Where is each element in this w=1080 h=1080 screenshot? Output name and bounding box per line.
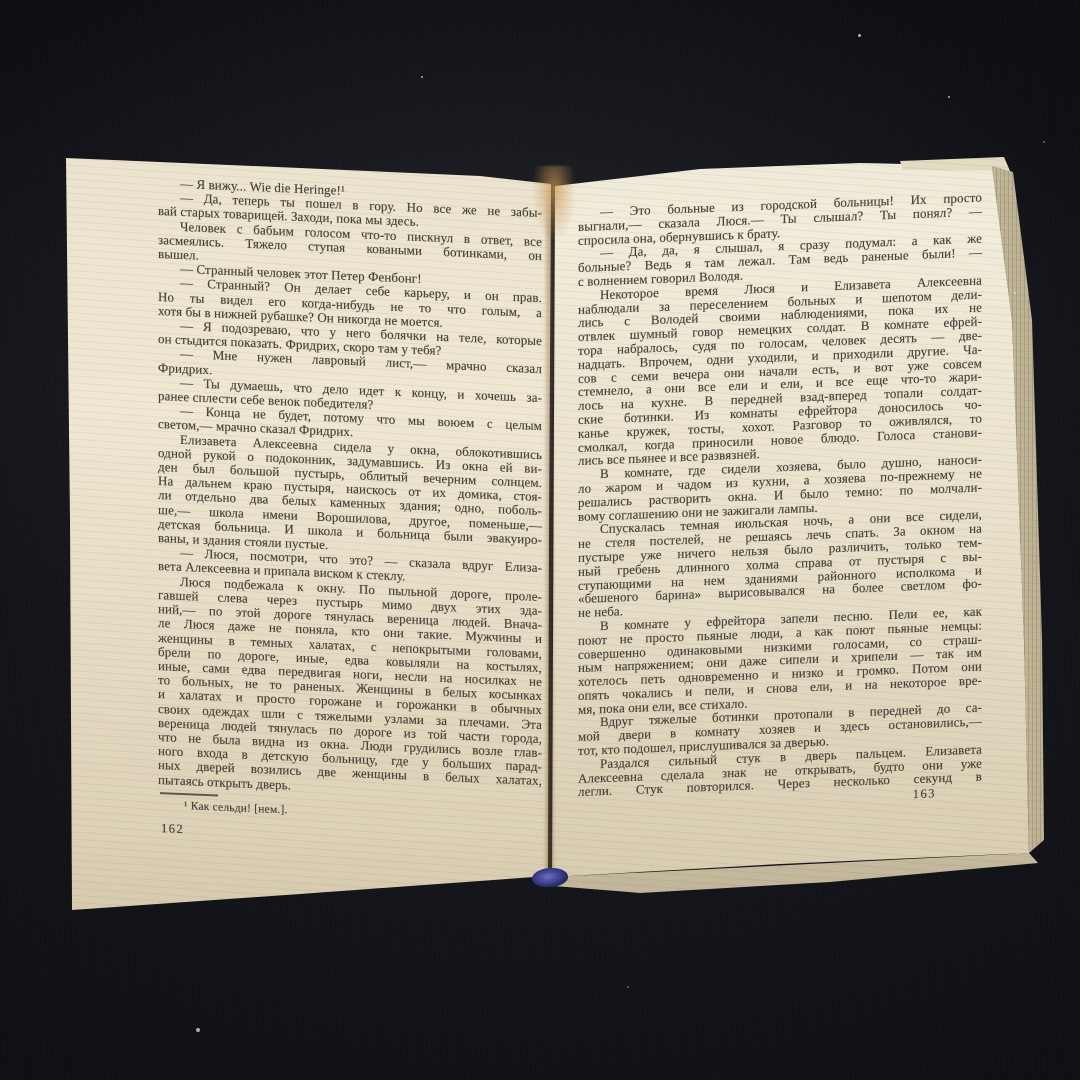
footnote-rule [160, 792, 218, 796]
dust-speck [858, 34, 861, 37]
left-page-lines: — Я вижу... Wie die Heringe!¹— Да, тепер… [158, 176, 542, 803]
book-photo: — Я вижу... Wie die Heringe!¹— Да, тепер… [0, 0, 1080, 1080]
dust-speck [948, 96, 950, 98]
right-page-text: — Это больные из городской больницы! Их … [578, 190, 982, 815]
dust-speck [627, 986, 629, 988]
dust-speck [772, 256, 774, 258]
dust-speck [1043, 141, 1045, 143]
spine-crease [546, 186, 553, 878]
right-page-lines: — Это больные из городской больницы! Их … [578, 190, 982, 799]
dust-speck [196, 1028, 200, 1032]
dust-speck [1014, 292, 1016, 294]
dust-speck [421, 76, 423, 78]
left-page-text: — Я вижу... Wie die Heringe!¹— Да, тепер… [158, 176, 542, 851]
